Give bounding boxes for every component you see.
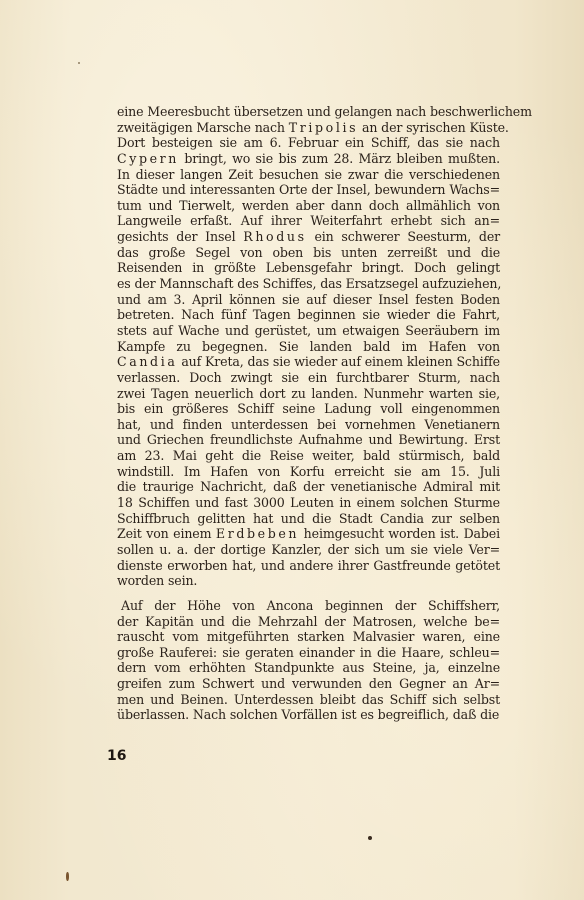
text-line: große Rauferei: sie geraten einander in … [117, 645, 500, 661]
text-line: und Griechen freundlichste Aufnahme und … [117, 432, 500, 448]
paper-speck [368, 836, 372, 840]
text-line: In dieser langen Zeit besuchen sie zwar … [117, 167, 500, 183]
text-line: 18 Schiffen und fast 3000 Leuten in eine… [117, 495, 500, 511]
text-line: verlassen. Doch zwingt sie ein furchtbar… [117, 370, 500, 386]
paper-speck [78, 62, 80, 64]
text-line: worden sein. [117, 573, 500, 589]
text-line: Reisenden in größte Lebensgefahr bringt.… [117, 260, 500, 276]
text-line: windstill. Im Hafen von Korfu erreicht s… [117, 464, 500, 480]
text-line: Langweile erfaßt. Auf ihrer Weiterfahrt … [117, 213, 500, 229]
text-line: und am 3. April können sie auf dieser In… [117, 292, 500, 308]
page-number: 16 [107, 748, 126, 764]
emphasized-name: Candia [117, 354, 177, 369]
text-line: bis ein größeres Schiff seine Ladung vol… [117, 401, 500, 417]
book-page: eine Meeresbucht übersetzen und gelangen… [0, 0, 584, 900]
text-line: greifen zum Schwert und verwunden den Ge… [117, 676, 500, 692]
text-line: dienste erworben hat, und andere ihrer G… [117, 558, 500, 574]
emphasized-name: Tripolis [289, 120, 358, 135]
text-line: Kampfe zu begegnen. Sie landen bald im H… [117, 339, 500, 355]
paragraph-1: eine Meeresbucht übersetzen und gelangen… [117, 104, 500, 589]
text-line: Auf der Höhe von Ancona beginnen der Sch… [117, 598, 500, 614]
text-line: dern vom erhöhten Standpunkte aus Steine… [117, 660, 500, 676]
emphasized-name: Cypern [117, 151, 179, 166]
text-line: Städte und interessanten Orte der Insel,… [117, 182, 500, 198]
text-line: zweitägigen Marsche nach Tripolis an der… [117, 120, 500, 136]
text-line: der Kapitän und die Mehrzahl der Matrose… [117, 614, 500, 630]
text-line: stets auf Wache und gerüstet, um etwaige… [117, 323, 500, 339]
paper-stain [66, 872, 69, 881]
text-line: eine Meeresbucht übersetzen und gelangen… [117, 104, 500, 120]
text-line: Candia auf Kreta, das sie wieder auf ein… [117, 354, 500, 370]
emphasized-name: Erdbeben [216, 526, 299, 541]
text-line: überlassen. Nach solchen Vorfällen ist e… [117, 707, 500, 723]
text-line: tum und Tierwelt, werden aber dann doch … [117, 198, 500, 214]
text-line: gesichts der Insel Rhodus ein schwerer S… [117, 229, 500, 245]
text-line: Schiffbruch gelitten hat und die Stadt C… [117, 511, 500, 527]
text-line: hat, und finden unterdessen bei vornehme… [117, 417, 500, 433]
text-line: am 23. Mai geht die Reise weiter, bald s… [117, 448, 500, 464]
emphasized-name: Rhodus [243, 229, 306, 244]
text-line: zwei Tagen neuerlich dort zu landen. Nun… [117, 386, 500, 402]
text-line: Cypern bringt, wo sie bis zum 28. März b… [117, 151, 500, 167]
text-line: betreten. Nach fünf Tagen beginnen sie w… [117, 307, 500, 323]
paragraph-2: Auf der Höhe von Ancona beginnen der Sch… [117, 598, 500, 723]
text-line: sollen u. a. der dortige Kanzler, der si… [117, 542, 500, 558]
text-line: das große Segel von oben bis unten zerre… [117, 245, 500, 261]
body-text: eine Meeresbucht übersetzen und gelangen… [117, 104, 500, 723]
text-line: die traurige Nachricht, daß der venetian… [117, 479, 500, 495]
text-line: es der Mannschaft des Schiffes, das Ersa… [117, 276, 500, 292]
text-line: Dort besteigen sie am 6. Februar ein Sch… [117, 135, 500, 151]
text-line: rauscht vom mitgeführten starken Malvasi… [117, 629, 500, 645]
text-line: Zeit von einem Erdbeben heimgesucht word… [117, 526, 500, 542]
text-line: men und Beinen. Unterdessen bleibt das S… [117, 692, 500, 708]
